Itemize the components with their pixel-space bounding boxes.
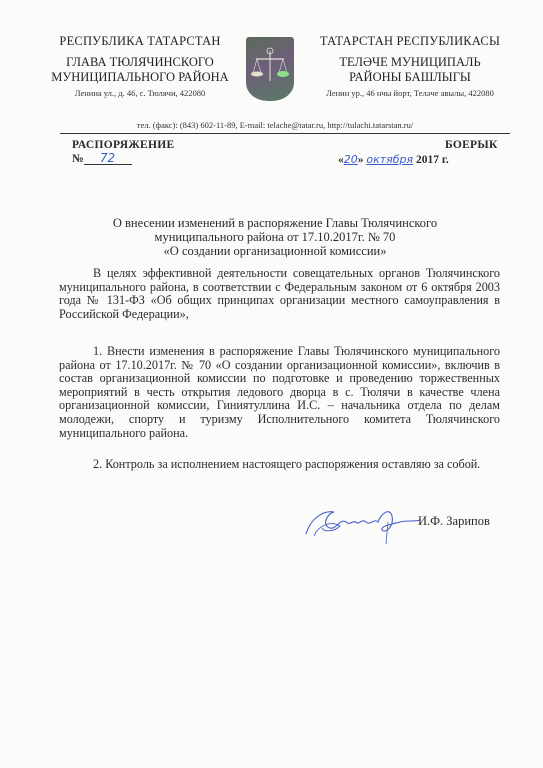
- address-tt: Ленин ур., 46 нчы йорт, Теләче авылы, 42…: [300, 88, 520, 98]
- item-1-paragraph: 1. Внести изменения в распоряжение Главы…: [59, 345, 500, 440]
- item-2-paragraph: 2. Контроль за исполнением настоящего ра…: [59, 458, 500, 472]
- contact-line: тел. (факс): (843) 602-11-89, E-mail: te…: [60, 120, 490, 130]
- number-sign: №: [72, 153, 84, 165]
- office-name-tt-line2: РАЙОНЫ БАШЛЫГЫ: [300, 70, 520, 85]
- title-line-1: О внесении изменений в распоряжение Глав…: [100, 216, 450, 230]
- order-number-value: 72: [84, 153, 132, 165]
- order-label-tt: БОЕРЫК: [445, 139, 498, 151]
- header-left-block: РЕСПУБЛИКА ТАТАРСТАН ГЛАВА ТЮЛЯЧИНСКОГО …: [40, 34, 240, 98]
- title-line-2: муниципального района от 17.10.2017г. № …: [100, 230, 450, 244]
- office-name-tt-line1: ТЕЛӘЧЕ МУНИЦИПАЛЬ: [300, 55, 520, 70]
- date-year: 2017 г.: [416, 154, 449, 166]
- date-day: 20: [344, 153, 358, 166]
- order-date: «20» октября 2017 г.: [338, 153, 449, 166]
- header-divider: [60, 133, 510, 134]
- document-title: О внесении изменений в распоряжение Глав…: [100, 216, 450, 258]
- address-ru: Ленина ул., д. 46, с. Тюлячи, 422080: [40, 88, 240, 98]
- office-name-ru-line2: МУНИЦИПАЛЬНОГО РАЙОНА: [40, 70, 240, 85]
- office-name-ru-line1: ГЛАВА ТЮЛЯЧИНСКОГО: [40, 55, 240, 70]
- preamble-paragraph: В целях эффективной деятельности совещат…: [59, 267, 500, 321]
- header-right-block: ТАТАРСТАН РЕСПУБЛИКАСЫ ТЕЛӘЧЕ МУНИЦИПАЛЬ…: [300, 34, 520, 98]
- order-label-ru: РАСПОРЯЖЕНИЕ: [72, 139, 174, 151]
- republic-name-tt: ТАТАРСТАН РЕСПУБЛИКАСЫ: [300, 34, 520, 49]
- title-line-3: «О создании организационной комиссии»: [100, 244, 450, 258]
- republic-name-ru: РЕСПУБЛИКА ТАТАРСТАН: [40, 34, 240, 49]
- date-close-quote: »: [358, 154, 364, 166]
- signer-name: И.Ф. Зарипов: [418, 514, 490, 529]
- coat-of-arms-icon: [246, 37, 294, 101]
- date-month: октября: [366, 153, 413, 166]
- order-number: №72: [72, 153, 132, 165]
- handwritten-signature-icon: [300, 500, 430, 548]
